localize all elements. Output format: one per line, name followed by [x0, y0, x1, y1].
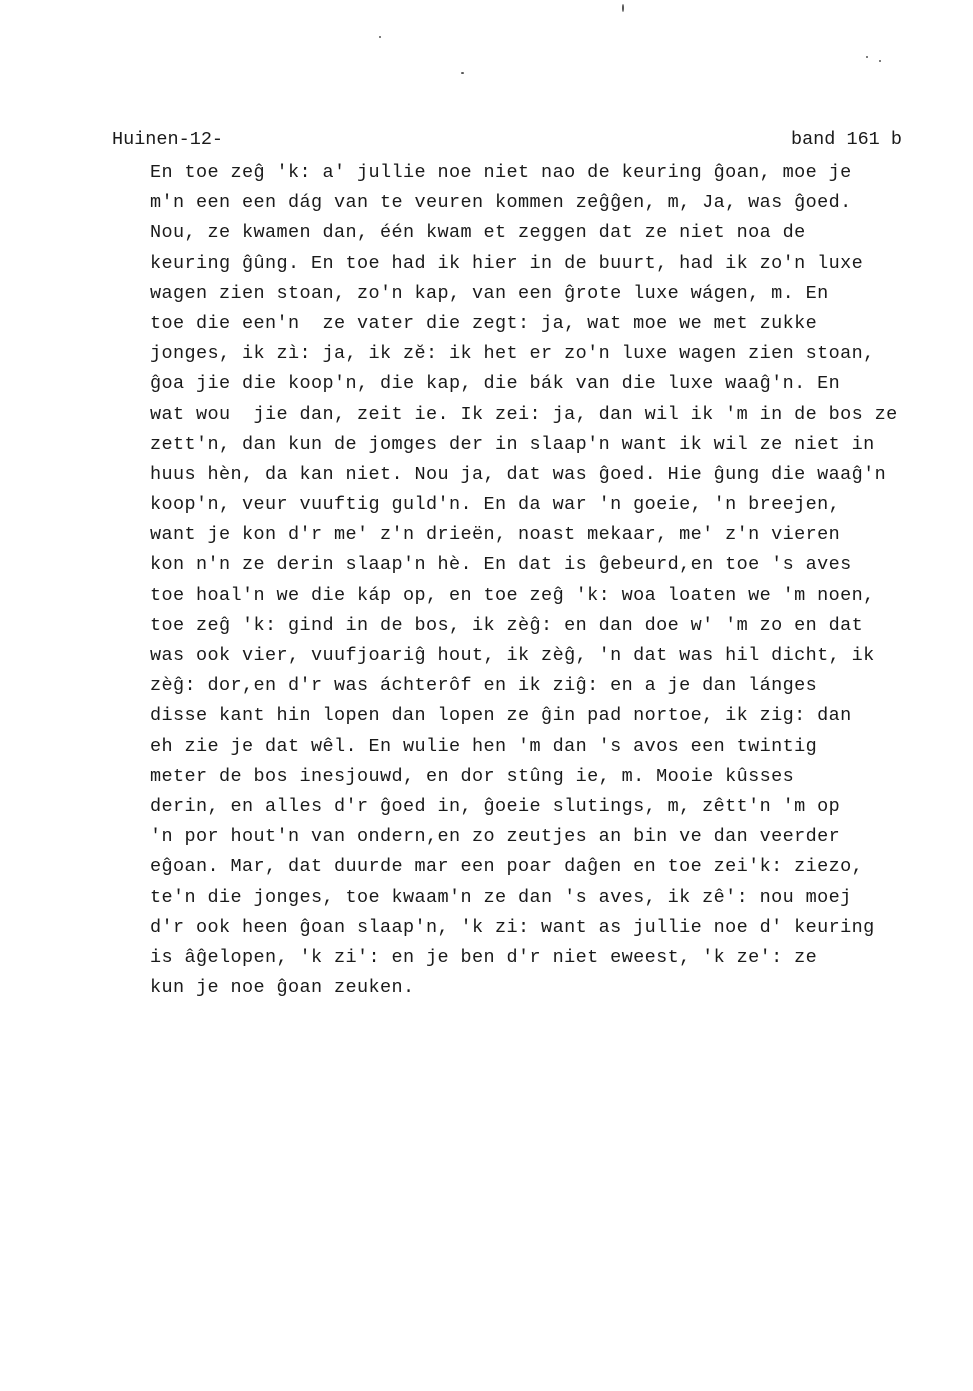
tape-reference: band 161 b — [791, 129, 902, 150]
transcript-line: derin, en alles d'r ĝoed in, ĝoeie sluti… — [150, 792, 970, 822]
transcript-line: want je kon d'r me' z'n drieën, noast me… — [150, 520, 970, 550]
scan-speck — [866, 56, 868, 58]
transcript-line: En toe zeĝ 'k: a' jullie noe niet nao de… — [150, 158, 970, 188]
transcript-line: wagen zien stoan, zo'n kap, van een ĝrot… — [150, 279, 970, 309]
scan-speck — [461, 72, 464, 74]
transcript-line: disse kant hin lopen dan lopen ze ĝin pa… — [150, 701, 970, 731]
transcript-line: jonges, ik zì: ja, ik zĕ: ik het er zo'n… — [150, 339, 970, 369]
transcript-line: Nou, ze kwamen dan, één kwam et zeggen d… — [150, 218, 970, 248]
page-header: Huinen-12- band 161 b — [112, 129, 902, 155]
transcript-line: keuring ĝûng. En toe had ik hier in de b… — [150, 249, 970, 279]
transcript-line: wat wou jie dan, zeit ie. Ik zei: ja, da… — [150, 400, 970, 430]
transcript-line: ĝoa jie die koop'n, die kap, die bák van… — [150, 369, 970, 399]
transcript-line: zett'n, dan kun de jomges der in slaap'n… — [150, 430, 970, 460]
scan-speck — [379, 36, 381, 38]
transcript-line: d'r ook heen ĝoan slaap'n, 'k zi: want a… — [150, 913, 970, 943]
transcript-line: koop'n, veur vuuftig guld'n. En da war '… — [150, 490, 970, 520]
transcript-line: 'n por hout'n van ondern,en zo zeutjes a… — [150, 822, 970, 852]
transcript-body: En toe zeĝ 'k: a' jullie noe niet nao de… — [150, 158, 970, 1003]
transcript-line: toe hoal'n we die káp op, en toe zeĝ 'k:… — [150, 581, 970, 611]
transcript-line: kon n'n ze derin slaap'n hè. En dat is ĝ… — [150, 550, 970, 580]
transcript-line: toe zeĝ 'k: gind in de bos, ik zèĝ: en d… — [150, 611, 970, 641]
document-page: Huinen-12- band 161 b En toe zeĝ 'k: a' … — [0, 0, 973, 1391]
transcript-line: te'n die jonges, toe kwaam'n ze dan 's a… — [150, 883, 970, 913]
transcript-line: m'n een een dág van te veuren kommen zeĝ… — [150, 188, 970, 218]
transcript-line: toe die een'n ze vater die zegt: ja, wat… — [150, 309, 970, 339]
transcript-line: huus hèn, da kan niet. Nou ja, dat was ĝ… — [150, 460, 970, 490]
document-id: Huinen-12- — [112, 129, 223, 150]
transcript-line: eh zie je dat wêl. En wulie hen 'm dan '… — [150, 732, 970, 762]
scan-speck — [879, 60, 881, 62]
transcript-line: zèĝ: dor,en d'r was áchterôf en ik ziĝ: … — [150, 671, 970, 701]
transcript-line: is âĝelopen, 'k zi': en je ben d'r niet … — [150, 943, 970, 973]
scan-speck — [622, 4, 624, 12]
transcript-line: kun je noe ĝoan zeuken. — [150, 973, 970, 1003]
transcript-line: meter de bos inesjouwd, en dor stûng ie,… — [150, 762, 970, 792]
transcript-line: was ook vier, vuufjoariĝ hout, ik zèĝ, '… — [150, 641, 970, 671]
transcript-line: eĝoan. Mar, dat duurde mar een poar daĝe… — [150, 852, 970, 882]
